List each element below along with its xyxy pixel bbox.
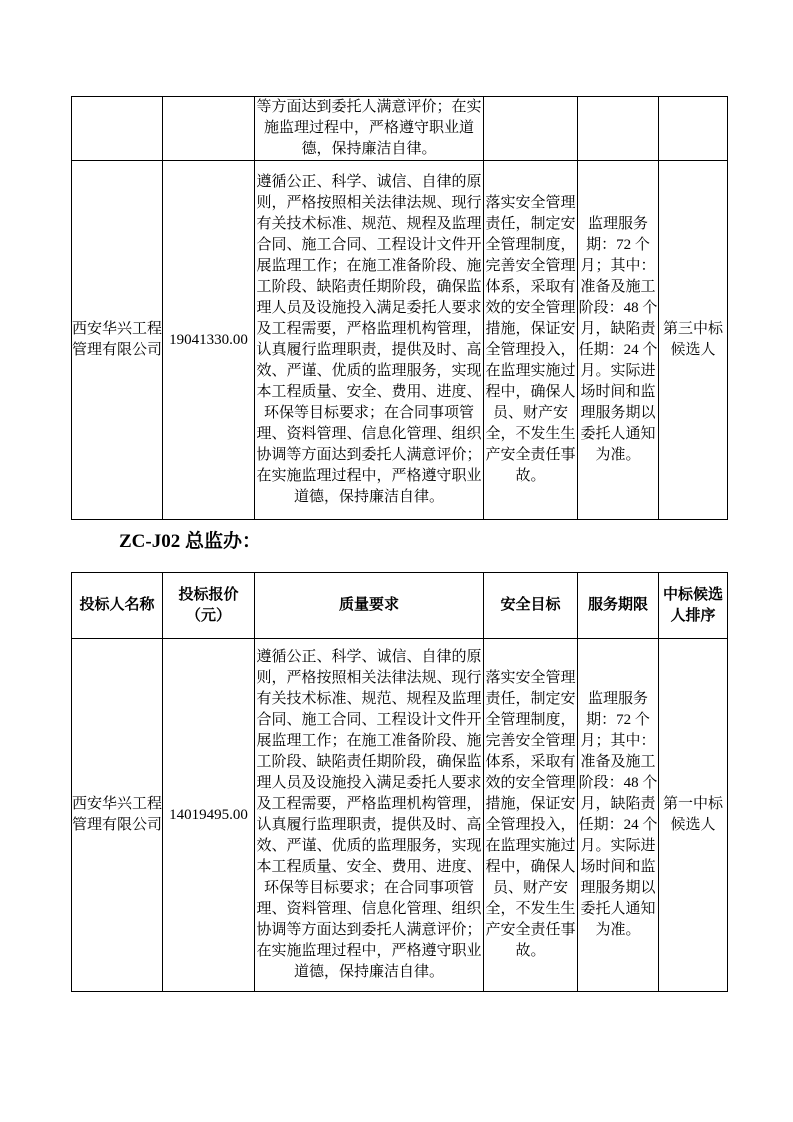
- table-row: 西安华兴工程管理有限公司 19041330.00 遵循公正、科学、诚信、自律的原…: [72, 161, 728, 520]
- candidate-rank-cell: 第三中标候选人: [659, 161, 728, 520]
- service-period-cell: 监理服务期：72 个月；其中：准备及施工阶段：48 个月，缺陷责任期：24 个月…: [578, 161, 659, 520]
- quality-requirement-tail-cell: 等方面达到委托人满意评价；在实施监理过程中，严格遵守职业道德，保持廉洁自律。: [255, 97, 484, 161]
- table-row: 西安华兴工程管理有限公司 14019495.00 遵循公正、科学、诚信、自律的原…: [72, 639, 728, 992]
- quality-requirement-cell: 遵循公正、科学、诚信、自律的原则，严格按照相关法律法规、现行有关技术标准、规范、…: [255, 161, 484, 520]
- bid-table-continued: 等方面达到委托人满意评价；在实施监理过程中，严格遵守职业道德，保持廉洁自律。 西…: [71, 96, 728, 520]
- empty-cell: [578, 97, 659, 161]
- service-period-cell: 监理服务期：72 个月；其中：准备及施工阶段：48 个月，缺陷责任期：24 个月…: [578, 639, 659, 992]
- candidate-rank-cell: 第一中标候选人: [659, 639, 728, 992]
- table-row: 等方面达到委托人满意评价；在实施监理过程中，严格遵守职业道德，保持廉洁自律。: [72, 97, 728, 161]
- safety-target-cell: 落实安全管理责任，制定安全管理制度，完善安全管理体系，采取有效的安全管理措施，保…: [484, 639, 578, 992]
- empty-cell: [163, 97, 255, 161]
- quality-requirement-cell: 遵循公正、科学、诚信、自律的原则，严格按照相关法律法规、现行有关技术标准、规范、…: [255, 639, 484, 992]
- empty-cell: [659, 97, 728, 161]
- bid-price-cell: 14019495.00: [163, 639, 255, 992]
- safety-target-cell: 落实安全管理责任，制定安全管理制度，完善安全管理体系，采取有效的安全管理措施，保…: [484, 161, 578, 520]
- header-quality-requirement: 质量要求: [255, 573, 484, 639]
- header-safety-target: 安全目标: [484, 573, 578, 639]
- header-service-period: 服务期限: [578, 573, 659, 639]
- table-header-row: 投标人名称 投标报价 （元） 质量要求 安全目标 服务期限 中标候选人排序: [72, 573, 728, 639]
- bidder-name-cell: 西安华兴工程管理有限公司: [72, 639, 163, 992]
- header-bid-price: 投标报价 （元）: [163, 573, 255, 639]
- empty-cell: [484, 97, 578, 161]
- header-candidate-rank: 中标候选人排序: [659, 573, 728, 639]
- bid-price-cell: 19041330.00: [163, 161, 255, 520]
- bidder-name-cell: 西安华兴工程管理有限公司: [72, 161, 163, 520]
- bid-table-zc-j02: 投标人名称 投标报价 （元） 质量要求 安全目标 服务期限 中标候选人排序 西安…: [71, 572, 728, 992]
- section-heading: ZC-J02 总监办：: [119, 529, 261, 555]
- header-bidder-name: 投标人名称: [72, 573, 163, 639]
- empty-cell: [72, 97, 163, 161]
- document-page: 等方面达到委托人满意评价；在实施监理过程中，严格遵守职业道德，保持廉洁自律。 西…: [0, 0, 793, 1122]
